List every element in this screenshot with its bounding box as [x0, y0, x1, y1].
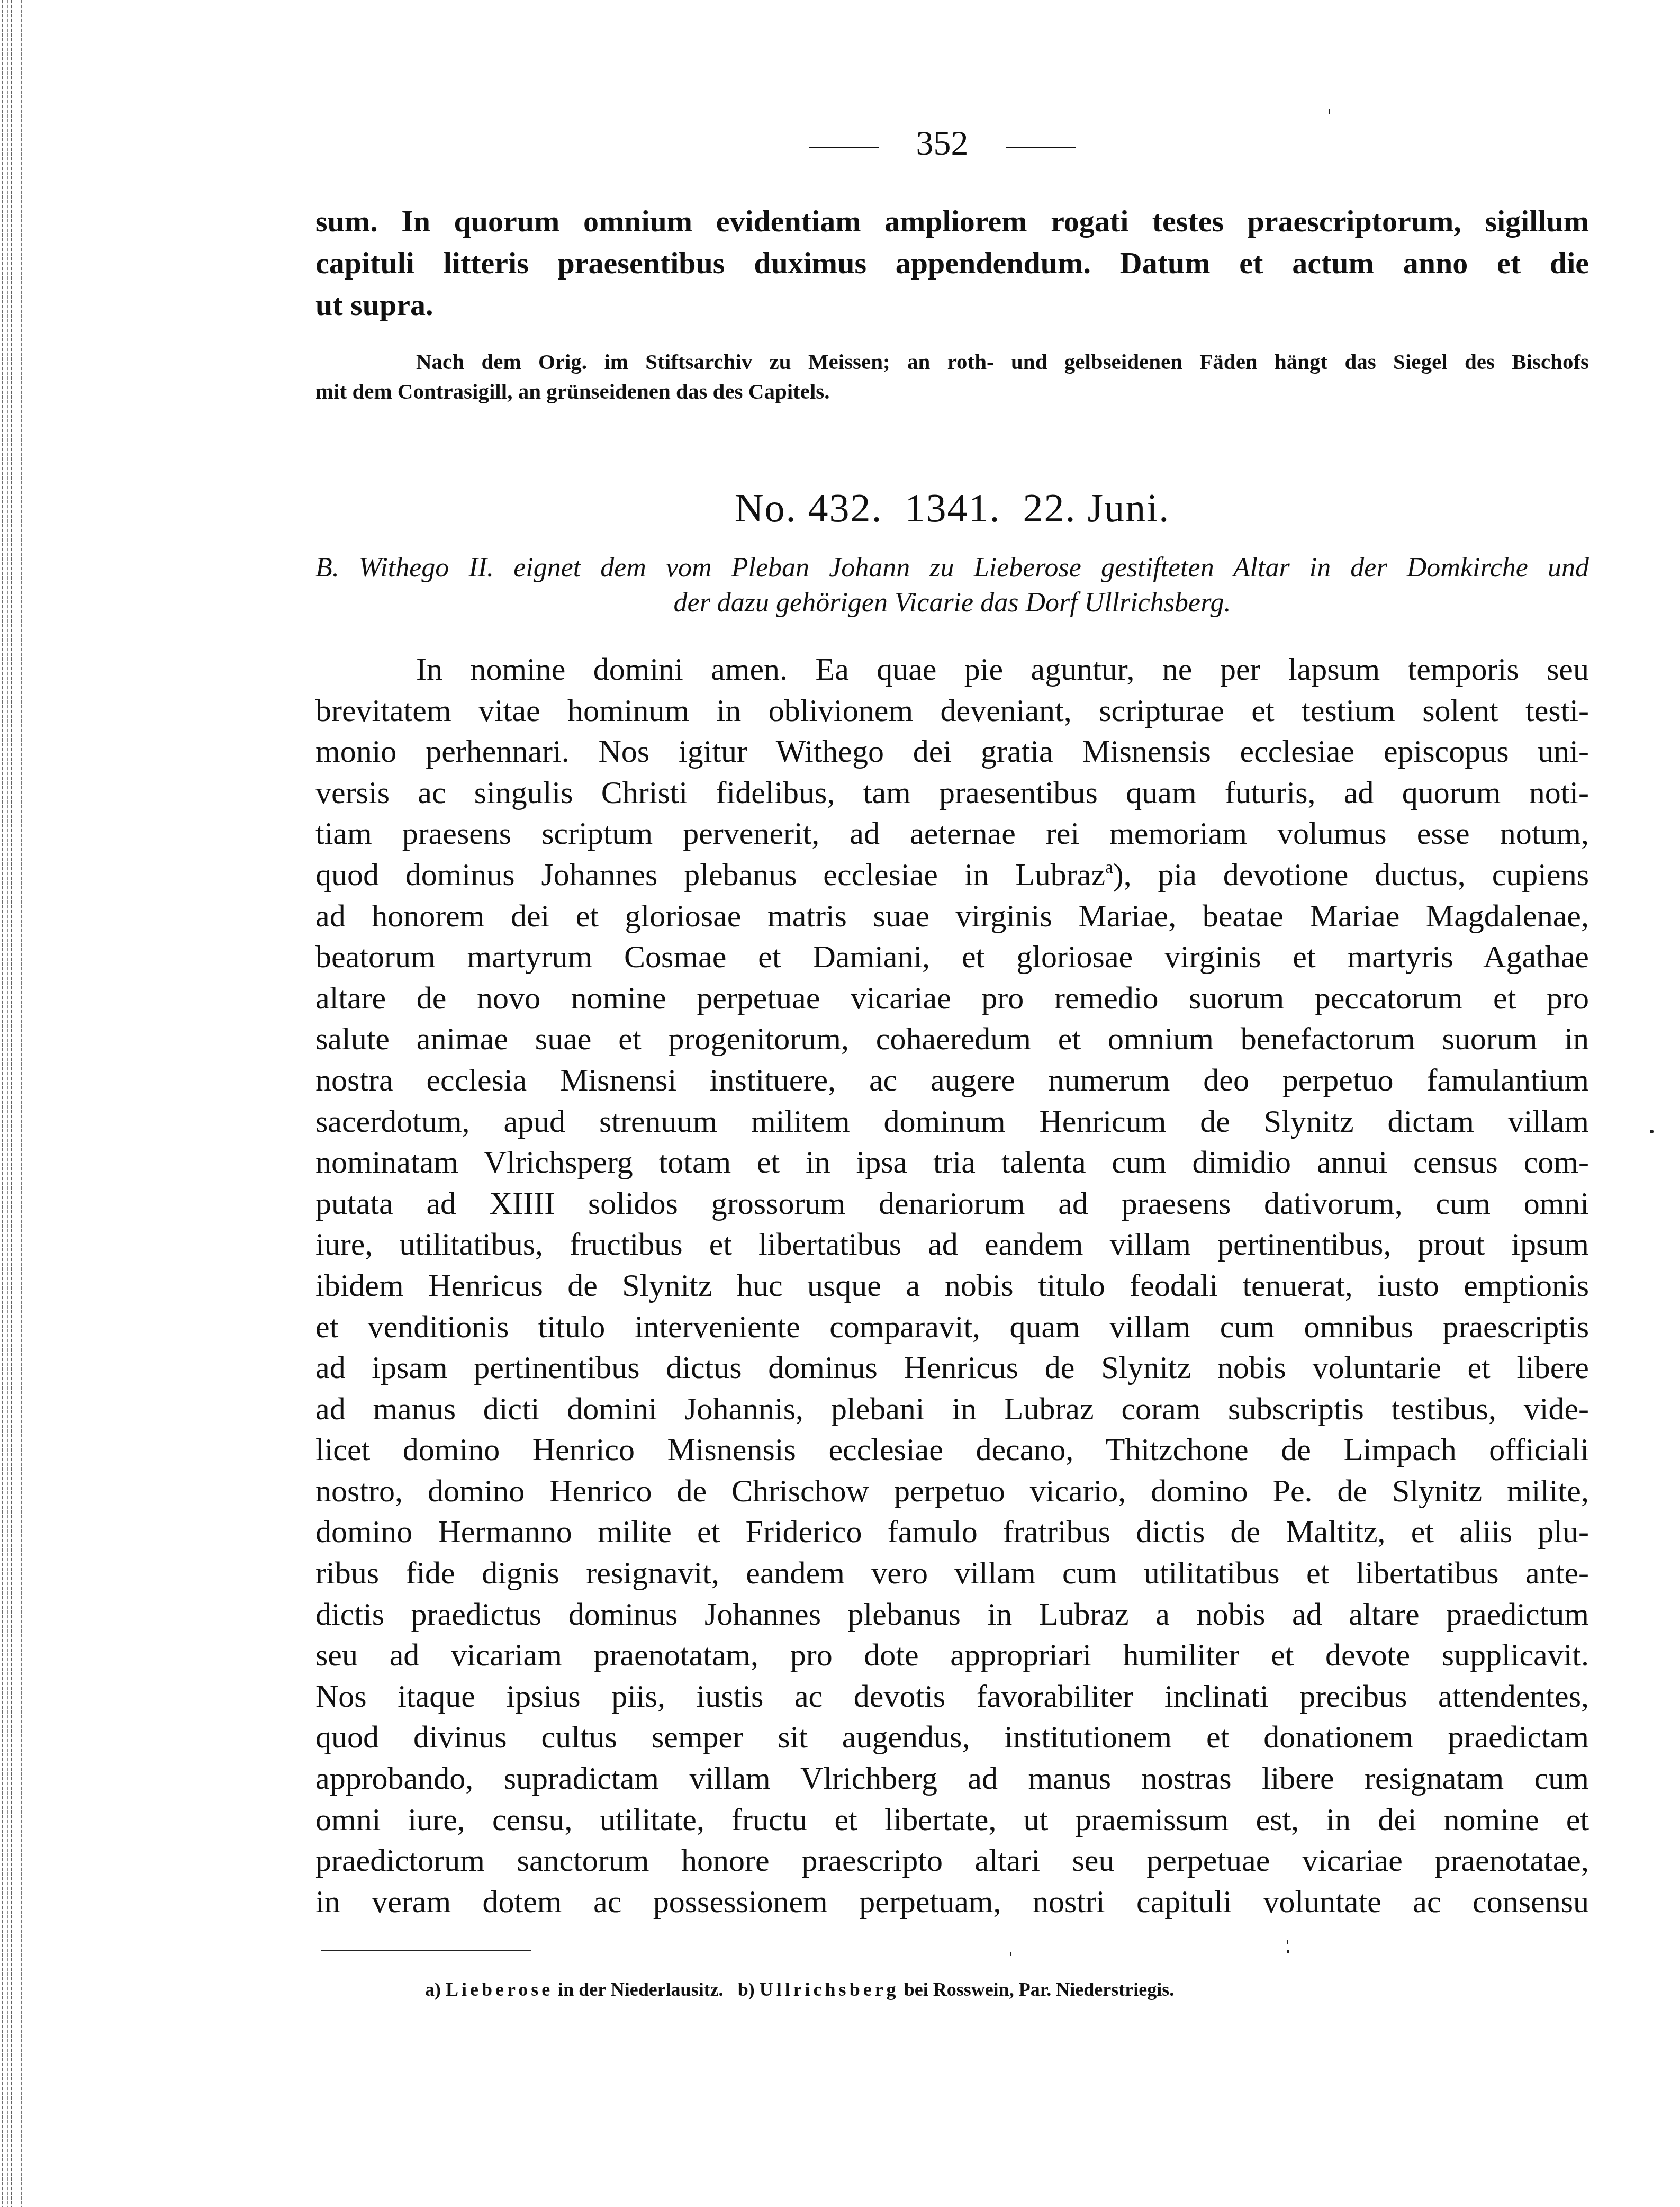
body-line: seu ad vicariam praenotatam, pro dote ap…: [315, 1635, 1589, 1676]
source-note-line: mit dem Contrasigill, an grünseidenen da…: [315, 376, 1589, 406]
footnote-a-text: in der Niederlausitz.: [558, 1979, 723, 2000]
body-line: approbando, supradictam villam Vlrichber…: [315, 1758, 1589, 1799]
body-line: nominatam Vlrichsperg totam et in ipsa t…: [315, 1142, 1589, 1183]
body-line: In nomine domini amen. Ea quae pie agunt…: [315, 649, 1589, 690]
scan-speck: [1287, 1940, 1288, 1944]
body-line: domino Hermanno milite et Friderico famu…: [315, 1511, 1589, 1553]
footnote-a-marker: a): [425, 1979, 441, 2000]
scan-speck: [1329, 109, 1330, 114]
body-line: brevitatem vitae hominum in oblivionem d…: [315, 690, 1589, 732]
footnote-b-text: bei Rosswein, Par. Niederstriegis.: [904, 1979, 1175, 2000]
footnote-b-marker: b): [738, 1979, 755, 2000]
body-line: ribus fide dignis resignavit, eandem ver…: [315, 1553, 1589, 1594]
body-line: omni iure, censu, utilitate, fructu et l…: [315, 1799, 1589, 1841]
closing-line: capituli litteris praesentibus duximus a…: [315, 242, 1589, 284]
footnotes: a) Lieberose in der Niederlausitz. b) Ul…: [425, 1978, 1174, 2001]
footnote-ref-a[interactable]: a: [1105, 858, 1113, 877]
summary-line: der dazu gehörigen Vicarie das Dorf Ullr…: [315, 585, 1589, 620]
body-line: praedictorum sanctorum honore praescript…: [315, 1840, 1589, 1881]
body-line: altare de novo nomine perpetuae vicariae…: [315, 978, 1589, 1019]
body-line: versis ac singulis Christi fidelibus, ta…: [315, 772, 1589, 814]
source-note-line: Nach dem Orig. im Stiftsarchiv zu Meisse…: [315, 347, 1589, 376]
page-header: 352: [794, 125, 1090, 162]
body-line: quod divinus cultus semper sit augendus,…: [315, 1717, 1589, 1758]
body-line: ad ipsam pertinentibus dictus dominus He…: [315, 1347, 1589, 1389]
document-body: In nomine domini amen. Ea quae pie agunt…: [315, 649, 1589, 1922]
closing-line: ut supra.: [315, 284, 1589, 326]
body-line: ad honorem dei et gloriosae matris suae …: [315, 896, 1589, 937]
body-line: beatorum martyrum Cosmae et Damiani, et …: [315, 936, 1589, 978]
scan-binding-edge: [0, 0, 37, 2207]
footnote-b-place: Ullrichsberg: [760, 1979, 899, 2000]
body-line: in veram dotem ac possessionem perpetuam…: [315, 1881, 1589, 1923]
page-number-dash-right: [1006, 147, 1076, 148]
body-line: monio perhennari. Nos igitur Withego dei…: [315, 731, 1589, 772]
closing-line: sum. In quorum omnium evidentiam amplior…: [315, 200, 1589, 242]
body-line: et venditionis titulo interveniente comp…: [315, 1307, 1589, 1348]
body-line: nostra ecclesia Misnensi instituere, ac …: [315, 1060, 1589, 1101]
source-note: Nach dem Orig. im Stiftsarchiv zu Meisse…: [315, 347, 1589, 406]
body-line: nostro, domino Henrico de Chrischow perp…: [315, 1471, 1589, 1512]
body-line: Nos itaque ipsius piis, iustis ac devoti…: [315, 1676, 1589, 1717]
body-line-with-footnote: quod dominus Johannes plebanus ecclesiae…: [315, 854, 1589, 896]
body-line: iure, utilitatibus, fructibus et liberta…: [315, 1224, 1589, 1265]
scan-speck: [1287, 1950, 1289, 1953]
page-number-dash-left: [809, 147, 879, 148]
document-heading: No. 432. 1341. 22. Juni.: [315, 484, 1589, 532]
scan-speck: [1010, 1952, 1011, 1956]
document-summary: B. Withego II. eignet dem vom Pleban Joh…: [315, 551, 1589, 620]
body-line: ad manus dicti domini Johannis, plebani …: [315, 1389, 1589, 1430]
body-line: putata ad XIIII solidos grossorum denari…: [315, 1183, 1589, 1224]
page-number: 352: [916, 126, 969, 161]
body-line: tiam praesens scriptum pervenerit, ad ae…: [315, 813, 1589, 854]
body-line: dictis praedictus dominus Johannes pleba…: [315, 1594, 1589, 1635]
body-line-text: quod dominus Johannes plebanus ecclesiae…: [315, 857, 1105, 892]
body-line: ibidem Henricus de Slynitz huc usque a n…: [315, 1265, 1589, 1307]
scan-speck: [1650, 1130, 1654, 1133]
body-line: salute animae suae et progenitorum, coha…: [315, 1019, 1589, 1060]
body-line: licet domino Henrico Misnensis ecclesiae…: [315, 1429, 1589, 1471]
footnote-separator: [321, 1950, 531, 1951]
summary-line: B. Withego II. eignet dem vom Pleban Joh…: [315, 551, 1589, 585]
previous-document-closing: sum. In quorum omnium evidentiam amplior…: [315, 200, 1589, 326]
footnote-a-place: Lieberose: [446, 1979, 553, 2000]
body-line: sacerdotum, apud strenuum militem dominu…: [315, 1101, 1589, 1142]
body-line-tail: ), pia devotione ductus, cupiens: [1113, 857, 1589, 892]
